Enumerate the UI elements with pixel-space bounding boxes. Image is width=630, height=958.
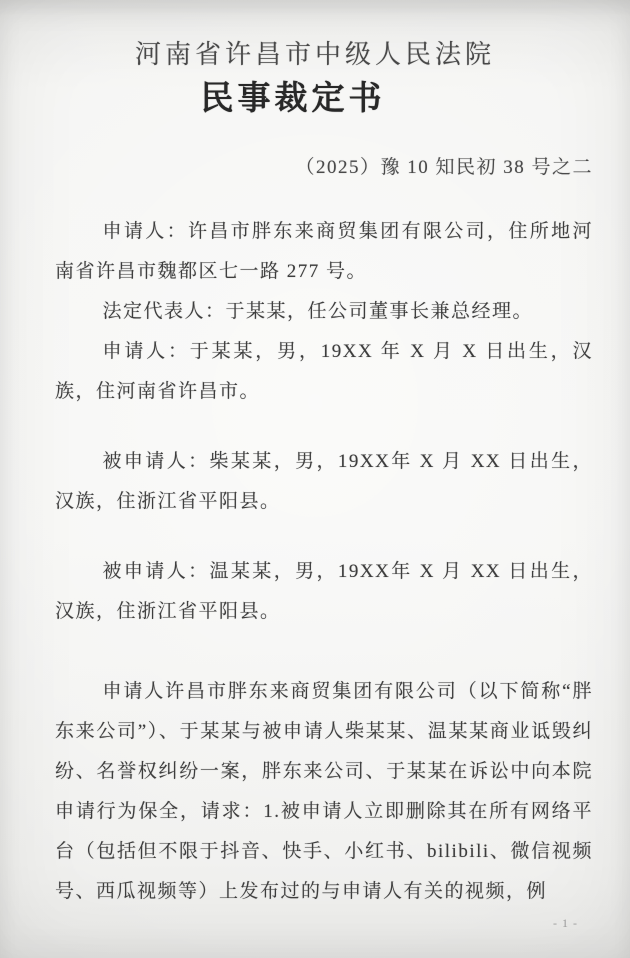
paragraph-respondent-wen: 被申请人：温某某，男，19XX年 X 月 XX 日出生，汉族，住浙江省平阳县。 (55, 552, 593, 632)
case-number: （2025）豫 10 知民初 38 号之二 (0, 154, 630, 182)
paragraph-case-summary: 申请人许昌市胖东来商贸集团有限公司（以下简称“胖东来公司”）、于某某与被申请人柴… (55, 672, 593, 912)
document-title: 民事裁定书 (0, 77, 608, 118)
document-body: 申请人：许昌市胖东来商贸集团有限公司，住所地河南省许昌市魏都区七一路 277 号… (55, 212, 593, 912)
document-page: 河南省许昌市中级人民法院 民事裁定书 （2025）豫 10 知民初 38 号之二… (0, 0, 630, 958)
court-name: 河南省许昌市中级人民法院 (0, 38, 630, 72)
document-header: 河南省许昌市中级人民法院 民事裁定书 (0, 38, 630, 118)
paragraph-applicant-yu: 申请人：于某某，男，19XX 年 X 月 X 日出生，汉族，住河南省许昌市。 (55, 332, 593, 412)
paragraph-applicant-company: 申请人：许昌市胖东来商贸集团有限公司，住所地河南省许昌市魏都区七一路 277 号… (55, 212, 593, 292)
page-number: - 1 - (553, 916, 578, 931)
paragraph-legal-representative: 法定代表人：于某某，任公司董事长兼总经理。 (55, 292, 593, 332)
paragraph-respondent-chai: 被申请人：柴某某，男，19XX年 X 月 XX 日出生，汉族，住浙江省平阳县。 (55, 442, 593, 522)
